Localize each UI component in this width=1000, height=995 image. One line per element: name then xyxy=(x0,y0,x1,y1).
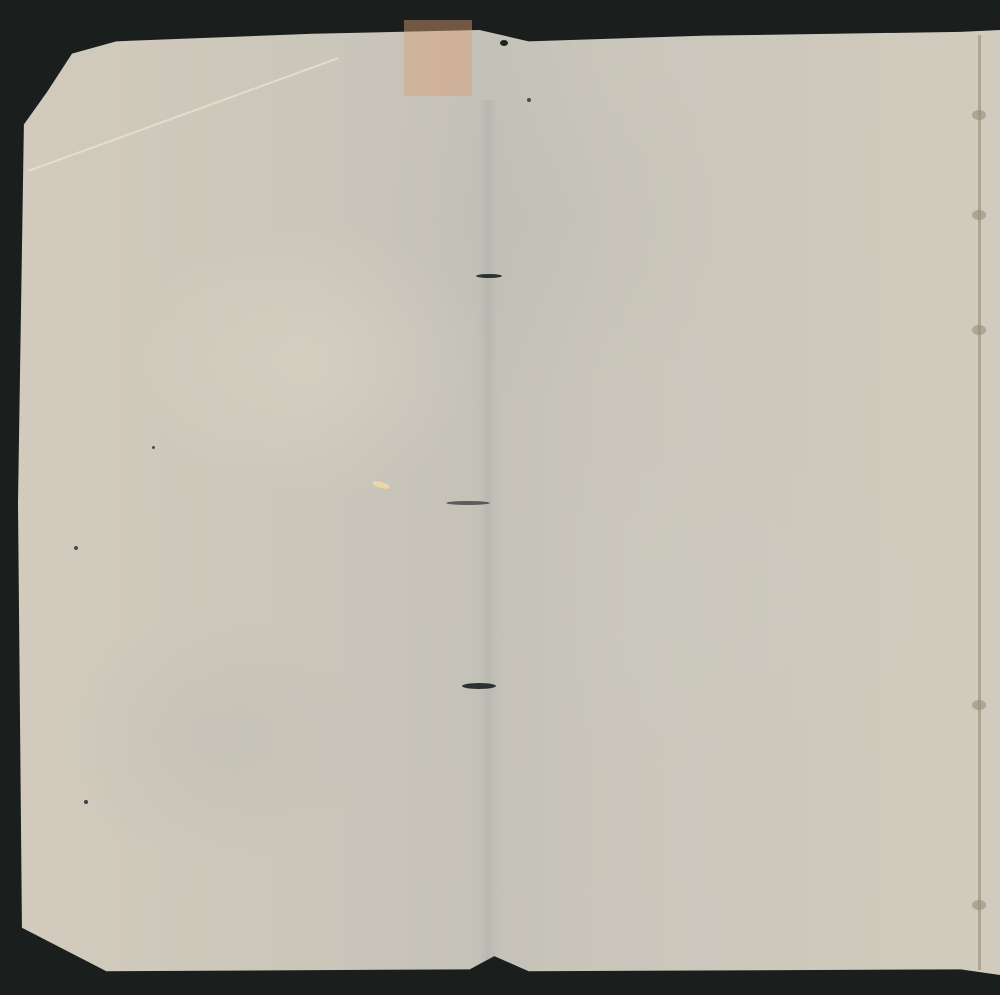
binding-hole xyxy=(972,110,986,120)
binding-hole xyxy=(972,325,986,335)
paper-leaf xyxy=(18,30,1000,975)
binding-hole xyxy=(972,900,986,910)
ink-speck xyxy=(527,98,531,102)
faded-seal-stamp xyxy=(404,20,472,96)
binding-hole xyxy=(972,700,986,710)
ink-speck xyxy=(74,546,78,550)
ink-speck xyxy=(152,446,155,449)
ink-mark xyxy=(446,501,490,505)
ink-speck xyxy=(84,800,88,804)
binding-edge-line xyxy=(978,35,981,970)
photo-scene xyxy=(0,0,1000,995)
ink-speck xyxy=(500,40,508,46)
center-fold-shadow xyxy=(478,100,498,960)
binding-hole xyxy=(972,210,986,220)
ink-mark xyxy=(476,274,502,278)
ink-mark xyxy=(462,683,496,689)
